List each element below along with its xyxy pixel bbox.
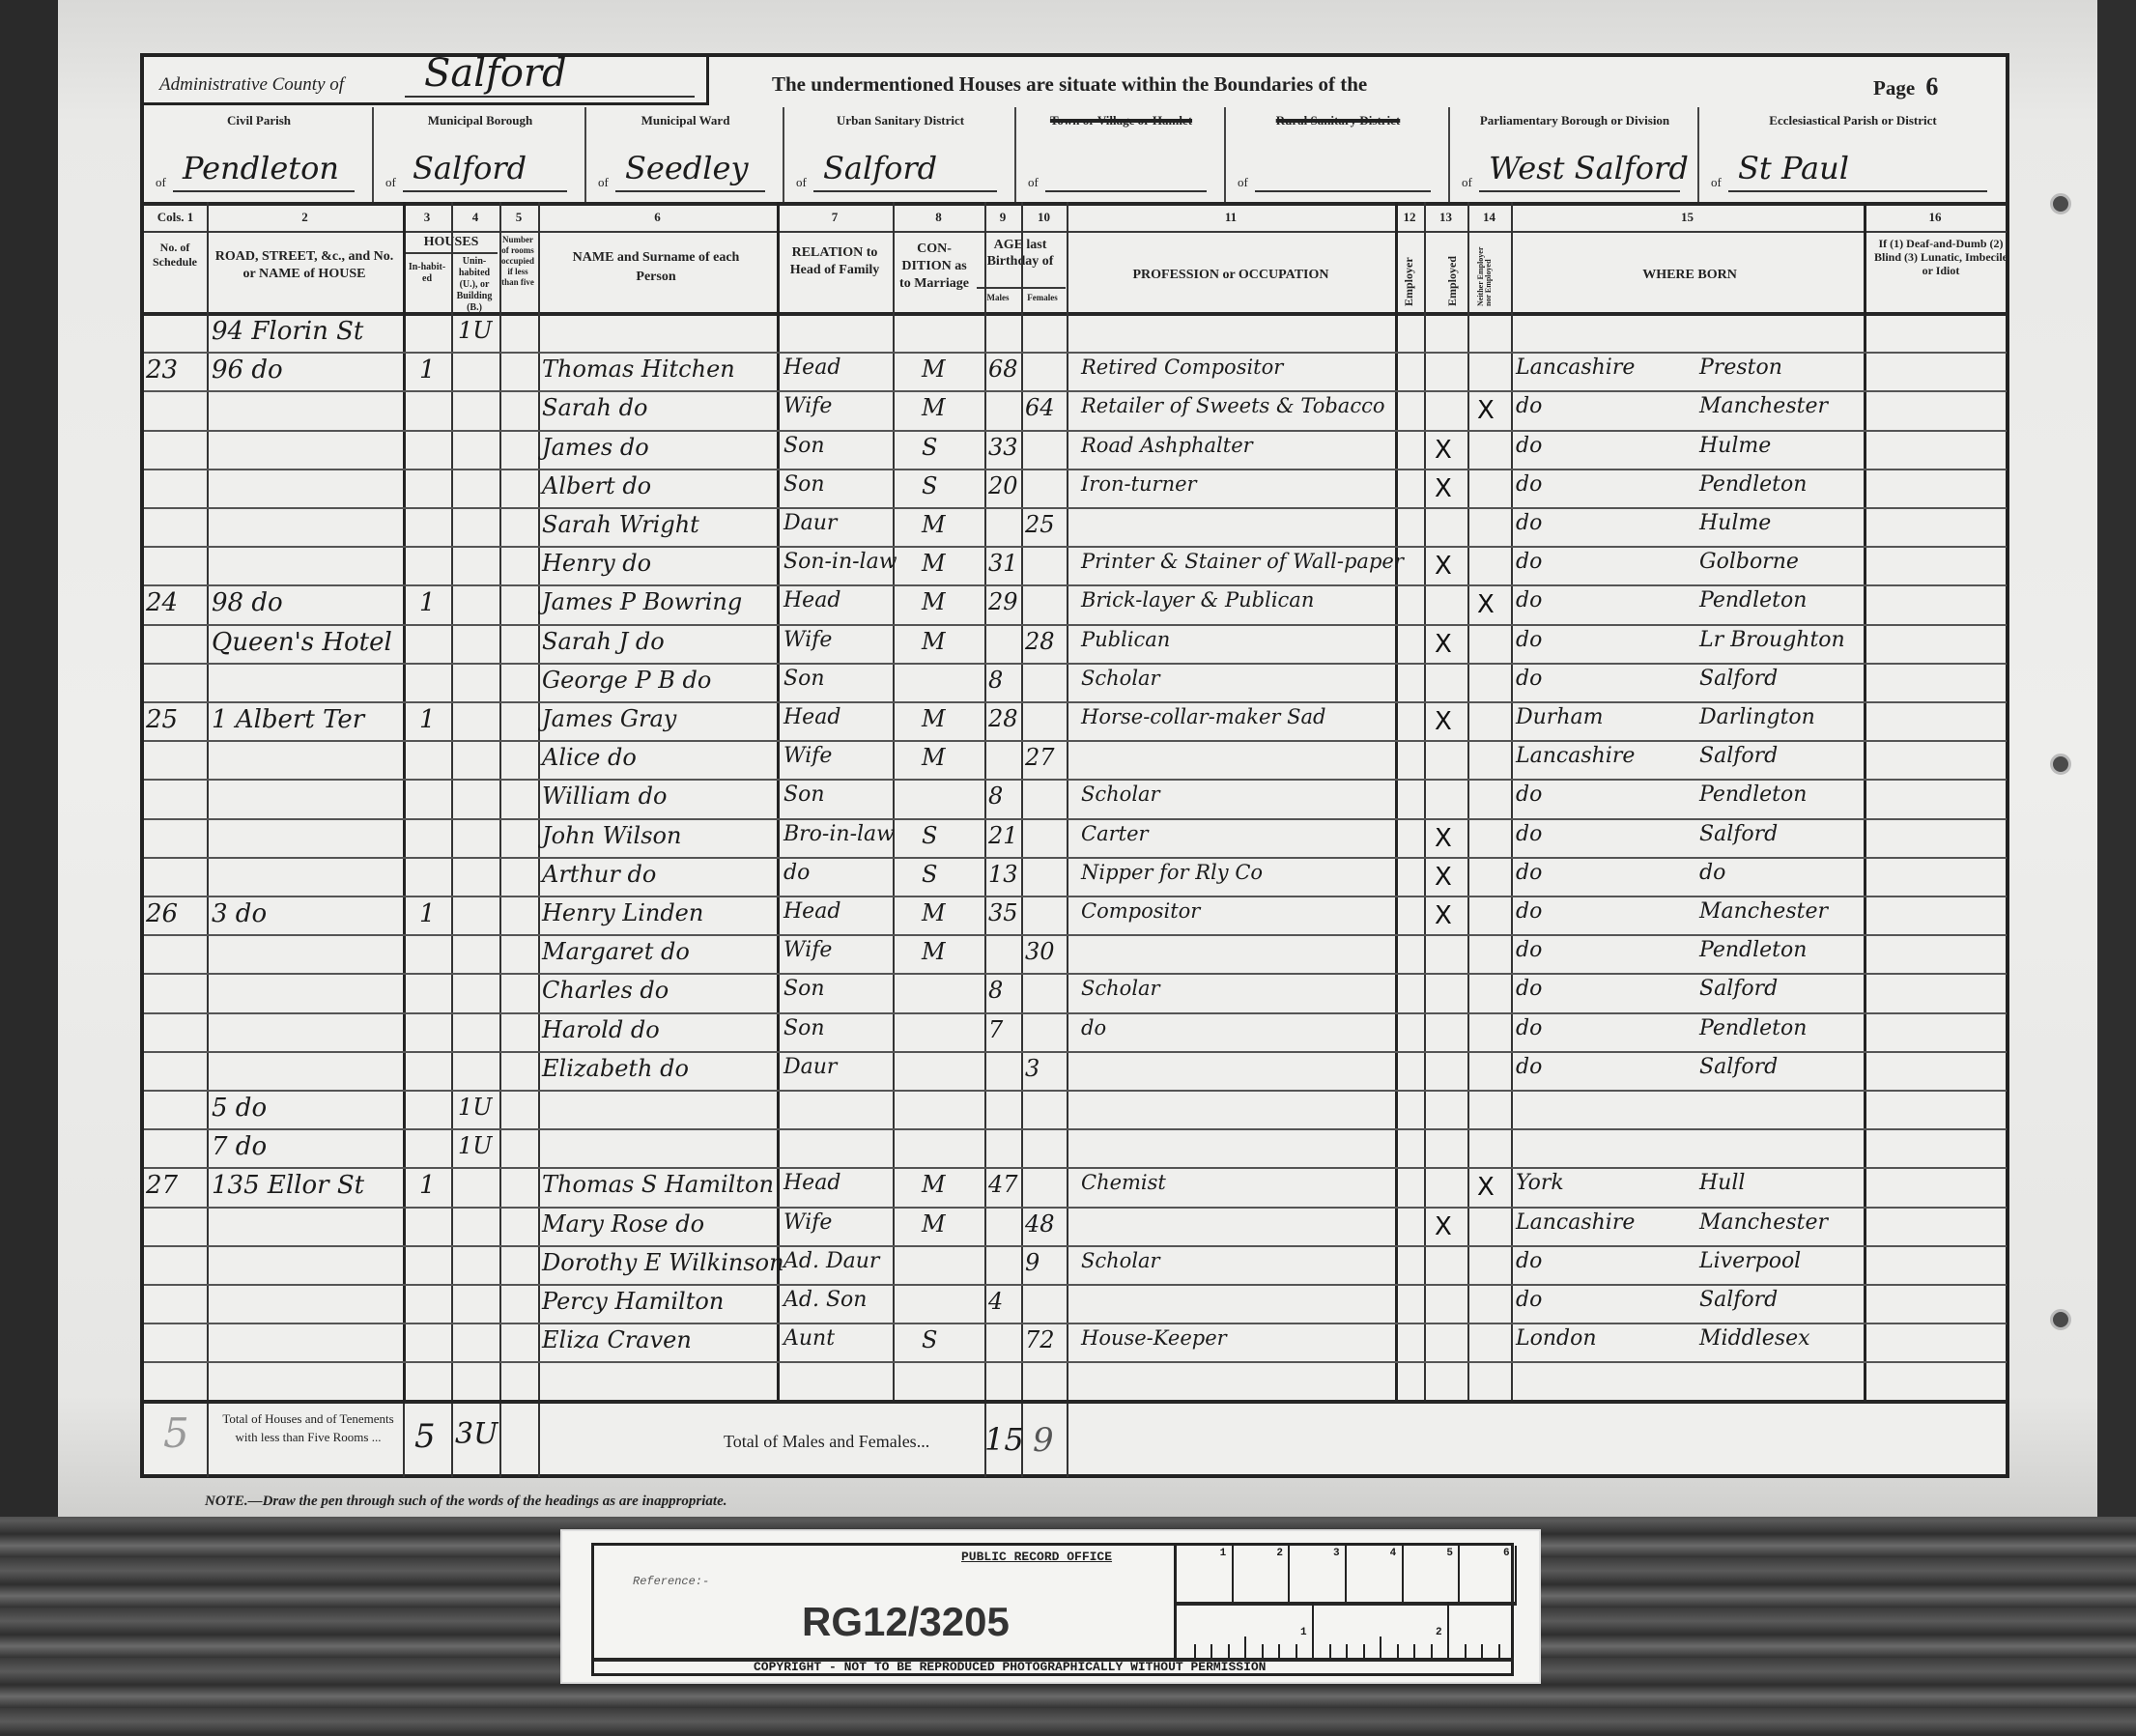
cell-condition: M xyxy=(922,899,946,926)
cell-born-place: Pendleton xyxy=(1699,1016,1807,1040)
cell-born-place: Hulme xyxy=(1699,511,1771,535)
district-label: Ecclesiastical Parish or District xyxy=(1703,113,2003,128)
cell-name: Henry Linden xyxy=(542,899,703,926)
cell-born-county: do xyxy=(1516,667,1542,691)
header-neither: Neither Employer nor Employed xyxy=(1477,244,1502,306)
table-row: 7 do1U xyxy=(144,1130,2007,1169)
cell-born-place: Manchester xyxy=(1699,394,1828,418)
cell-condition: M xyxy=(922,705,946,732)
cell-born-county: do xyxy=(1516,861,1542,885)
table-row: William doSon8ScholardoPendleton xyxy=(144,781,2007,819)
cell-relation: Head xyxy=(783,356,840,380)
cell-male-age: 7 xyxy=(988,1016,1003,1043)
cell-employed: X xyxy=(1435,1212,1452,1241)
column-number: 9 xyxy=(984,210,1021,225)
district-value xyxy=(1255,150,1431,192)
cell-relation: Bro-in-law xyxy=(783,822,895,846)
cell-name: Albert do xyxy=(542,472,651,499)
cell-female-age: 3 xyxy=(1025,1055,1040,1082)
district-value: Seedley xyxy=(615,150,765,192)
cell-name: Margaret do xyxy=(542,938,690,965)
cell-born-county: do xyxy=(1516,472,1542,497)
cell-relation: Daur xyxy=(783,1055,837,1079)
district-urban-sanitary-district: Urban Sanitary DistrictofSalford xyxy=(784,107,1016,202)
table-row: Elizabeth doDaur3doSalford xyxy=(144,1053,2007,1092)
header-males: Males xyxy=(977,293,1019,302)
copyright-notice: COPYRIGHT - NOT TO BE REPRODUCED PHOTOGR… xyxy=(754,1660,1267,1674)
cell-name: John Wilson xyxy=(542,822,681,849)
cell-relation: Aunt xyxy=(783,1326,835,1351)
cell-condition: M xyxy=(922,511,946,538)
cell-relation: Head xyxy=(783,588,840,612)
cell-born-place: Preston xyxy=(1699,356,1782,380)
cell-born-place: do xyxy=(1699,861,1725,885)
district-civil-parish: Civil ParishofPendleton xyxy=(144,107,374,202)
cell-schedule: 27 xyxy=(146,1171,178,1200)
district-ecclesiastical-parish-or-district: Ecclesiastical Parish or DistrictofSt Pa… xyxy=(1699,107,2007,202)
table-row: 263 do1Henry LindenHeadM35CompositorXdoM… xyxy=(144,897,2007,936)
cell-born-county: do xyxy=(1516,511,1542,535)
column-number: 8 xyxy=(893,210,984,225)
district-value: Salford xyxy=(403,150,567,192)
cell-female-age: 64 xyxy=(1025,394,1055,421)
ruler-label: 6 xyxy=(1503,1548,1510,1559)
cell-born-county: do xyxy=(1516,588,1542,612)
cell-male-age: 8 xyxy=(988,783,1003,810)
census-form: Administrative County of Salford The und… xyxy=(140,53,2009,1478)
district-value xyxy=(1045,150,1207,192)
cell-name: Percy Hamilton xyxy=(542,1288,724,1315)
district-parliamentary-borough-or-division: Parliamentary Borough or DivisionofWest … xyxy=(1450,107,1699,202)
cell-schedule: 25 xyxy=(146,705,178,734)
cell-born-place: Manchester xyxy=(1699,899,1828,924)
scan-background-right xyxy=(2097,0,2136,1517)
cell-name: Harold do xyxy=(542,1016,660,1043)
header-schedule: No. of Schedule xyxy=(144,241,206,270)
cell-address: 135 Ellor St xyxy=(212,1171,364,1200)
cell-relation: Daur xyxy=(783,511,837,535)
table-row: Percy HamiltonAd. Son4doSalford xyxy=(144,1286,2007,1324)
cell-relation: Ad. Son xyxy=(783,1288,867,1312)
table-row: 2498 do1James P BowringHeadM29Brick-laye… xyxy=(144,586,2007,625)
cell-condition: M xyxy=(922,744,946,771)
cell-born-county: do xyxy=(1516,938,1542,962)
cell-born-county: do xyxy=(1516,394,1542,418)
footnote: NOTE.—Draw the pen through such of the w… xyxy=(205,1494,727,1510)
cell-relation: Head xyxy=(783,705,840,729)
cell-born-place: Salford xyxy=(1699,977,1778,1001)
cell-relation: do xyxy=(783,861,810,885)
cell-male-age: 31 xyxy=(988,550,1018,577)
table-row: 251 Albert Ter1James GrayHeadM28Horse-co… xyxy=(144,703,2007,742)
header-where-born: WHERE BORN xyxy=(1516,268,1864,283)
table-row: Albert doSonS20Iron-turnerXdoPendleton xyxy=(144,470,2007,509)
cell-relation: Head xyxy=(783,1171,840,1195)
cell-name: Alice do xyxy=(542,744,637,771)
cell-name: William do xyxy=(542,783,667,810)
column-number: 5 xyxy=(499,210,538,225)
cell-uninhabited: 1U xyxy=(458,317,493,344)
district-municipal-borough: Municipal BoroughofSalford xyxy=(374,107,586,202)
cell-born-county: Durham xyxy=(1516,705,1603,729)
cell-born-county: do xyxy=(1516,1288,1542,1312)
ruler-label: 1 xyxy=(1300,1627,1307,1638)
cell-address: 7 do xyxy=(212,1132,267,1161)
totals-schedule-count: 5 xyxy=(163,1409,189,1457)
of-prefix: of xyxy=(1238,175,1248,190)
totals-persons-label: Total of Males and Females... xyxy=(724,1432,929,1452)
table-row: Alice doWifeM27LancashireSalford xyxy=(144,742,2007,781)
district-town-or-village-or-hamlet: Town or Village or Hamletof xyxy=(1016,107,1226,202)
cell-employed: X xyxy=(1435,863,1452,892)
cell-occupation: Scholar xyxy=(1081,1249,1160,1272)
cell-condition: M xyxy=(922,1171,946,1198)
cell-occupation: Retailer of Sweets & Tobacco xyxy=(1081,394,1385,417)
table-row: Arthur dodoS13Nipper for Rly CoXdodo xyxy=(144,859,2007,897)
cell-name: Sarah Wright xyxy=(542,511,699,538)
cell-male-age: 8 xyxy=(988,667,1003,694)
ruler-label: 5 xyxy=(1446,1548,1453,1559)
cell-employed: X xyxy=(1435,707,1452,736)
district-value: Pendleton xyxy=(173,150,355,192)
table-row: Harold doSon7dodoPendleton xyxy=(144,1014,2007,1053)
cell-male-age: 20 xyxy=(988,472,1018,499)
of-prefix: of xyxy=(156,175,166,190)
cell-relation: Head xyxy=(783,899,840,924)
of-prefix: of xyxy=(796,175,807,190)
header-employer: Employer xyxy=(1403,244,1414,306)
cell-condition: M xyxy=(922,588,946,615)
cell-born-place: Darlington xyxy=(1699,705,1815,729)
cell-relation: Son xyxy=(783,667,825,691)
header-name: NAME and Surname of each Person xyxy=(559,248,753,287)
column-number: 16 xyxy=(1864,210,2007,225)
cell-name: Dorothy E Wilkinson xyxy=(542,1249,784,1276)
header-relation: RELATION to Head of Family xyxy=(782,244,888,279)
cell-born-county: York xyxy=(1516,1171,1564,1195)
cell-name: Thomas S Hamilton xyxy=(542,1171,774,1198)
cell-male-age: 13 xyxy=(988,861,1018,888)
cell-male-age: 28 xyxy=(988,705,1018,732)
of-prefix: of xyxy=(1711,175,1722,190)
cell-born-place: Salford xyxy=(1699,667,1778,691)
cell-relation: Wife xyxy=(783,744,832,768)
cell-address: 98 do xyxy=(212,588,283,617)
cell-male-age: 29 xyxy=(988,588,1018,615)
of-prefix: of xyxy=(1028,175,1039,190)
cell-male-age: 33 xyxy=(988,434,1018,461)
cell-condition: M xyxy=(922,1210,946,1238)
cell-occupation: Brick-layer & Publican xyxy=(1081,588,1314,612)
of-prefix: of xyxy=(1462,175,1472,190)
cell-name: Thomas Hitchen xyxy=(542,356,735,383)
admin-county-box: Administrative County of Salford xyxy=(144,57,709,105)
cell-relation: Son xyxy=(783,434,825,458)
table-row: George P B doSon8ScholardoSalford xyxy=(144,665,2007,703)
cell-employed: X xyxy=(1435,552,1452,581)
cell-born-county: do xyxy=(1516,434,1542,458)
page-label: Page 6 xyxy=(1873,72,1938,101)
header-uninhabited: Unin-habited (U.), or Building (B.) xyxy=(451,256,498,314)
cell-neither: X xyxy=(1477,590,1495,619)
cell-condition: S xyxy=(922,822,937,849)
totals-inhabited: 5 xyxy=(414,1417,436,1456)
column-number: 13 xyxy=(1424,210,1467,225)
cell-condition: M xyxy=(922,356,946,383)
cell-male-age: 68 xyxy=(988,356,1018,383)
reference-number: RG12/3205 xyxy=(802,1599,1010,1645)
cell-condition: S xyxy=(922,472,937,499)
cell-born-place: Manchester xyxy=(1699,1210,1828,1235)
district-municipal-ward: Municipal WardofSeedley xyxy=(586,107,784,202)
cell-schedule: 24 xyxy=(146,588,178,617)
cell-address: 5 do xyxy=(212,1094,267,1123)
cell-inhabited: 1 xyxy=(419,1171,436,1200)
header-females: Females xyxy=(1021,293,1064,302)
cell-occupation: Scholar xyxy=(1081,977,1160,1000)
cell-born-county: Lancashire xyxy=(1516,356,1635,380)
cell-born-county: do xyxy=(1516,977,1542,1001)
cell-address: 94 Florin St xyxy=(212,317,363,346)
cell-born-place: Middlesex xyxy=(1699,1326,1810,1351)
district-label: Municipal Ward xyxy=(590,113,781,128)
cell-inhabited: 1 xyxy=(419,705,436,734)
column-number: 4 xyxy=(451,210,499,225)
cell-born-place: Pendleton xyxy=(1699,472,1807,497)
header-occupation: PROFESSION or OCCUPATION xyxy=(1071,268,1390,283)
cell-born-county: do xyxy=(1516,550,1542,574)
cell-condition: S xyxy=(922,434,937,461)
ruler-label: 2 xyxy=(1436,1627,1442,1638)
cell-inhabited: 1 xyxy=(419,356,436,384)
cell-name: Henry do xyxy=(542,550,651,577)
cell-born-place: Hull xyxy=(1699,1171,1745,1195)
cell-relation: Son xyxy=(783,977,825,1001)
cell-female-age: 72 xyxy=(1025,1326,1055,1353)
header-rooms: Number of rooms occupied if less than fi… xyxy=(499,235,536,288)
cell-address: Queen's Hotel xyxy=(212,628,392,657)
of-prefix: of xyxy=(385,175,396,190)
cell-relation: Wife xyxy=(783,1210,832,1235)
table-row: Margaret doWifeM30doPendleton xyxy=(144,936,2007,975)
form-title: The undermentioned Houses are situate wi… xyxy=(772,72,1367,97)
header-age: AGE last Birthday of xyxy=(977,237,1064,270)
cell-female-age: 25 xyxy=(1025,511,1055,538)
cell-occupation: do xyxy=(1081,1016,1106,1039)
cell-condition: M xyxy=(922,938,946,965)
cell-male-age: 47 xyxy=(988,1171,1018,1198)
cell-born-county: do xyxy=(1516,1055,1542,1079)
cell-born-county: London xyxy=(1516,1326,1597,1351)
district-label: Municipal Borough xyxy=(378,113,583,128)
header-condition: CON-DITION as to Marriage xyxy=(896,241,973,293)
column-number: 11 xyxy=(1067,210,1395,225)
cell-schedule: 23 xyxy=(146,356,178,384)
cell-female-age: 28 xyxy=(1025,628,1055,655)
cell-neither: X xyxy=(1477,396,1495,425)
cell-uninhabited: 1U xyxy=(458,1132,493,1159)
cell-relation: Son xyxy=(783,783,825,807)
cell-name: James Gray xyxy=(542,705,676,732)
column-number: 6 xyxy=(538,210,777,225)
table-row xyxy=(144,1363,2007,1402)
cell-born-county: do xyxy=(1516,822,1542,846)
cell-relation: Wife xyxy=(783,938,832,962)
cell-male-age: 8 xyxy=(988,977,1003,1004)
cell-relation: Wife xyxy=(783,394,832,418)
district-value: St Paul xyxy=(1728,150,1987,192)
cell-employed: X xyxy=(1435,901,1452,930)
district-label: Rural Sanitary District xyxy=(1230,113,1446,128)
column-number: Cols. 1 xyxy=(144,210,207,225)
ruler-label: 1 xyxy=(1220,1548,1227,1559)
totals-uninhabited: 3U xyxy=(455,1417,498,1451)
ruler-label: 4 xyxy=(1390,1548,1397,1559)
cell-name: Eliza Craven xyxy=(542,1326,692,1353)
cell-condition: M xyxy=(922,628,946,655)
of-prefix: of xyxy=(598,175,609,190)
cell-born-place: Pendleton xyxy=(1699,588,1807,612)
cell-inhabited: 1 xyxy=(419,899,436,928)
table-row: Eliza CravenAuntS72House-KeeperLondonMid… xyxy=(144,1324,2007,1363)
cell-born-county: do xyxy=(1516,628,1542,652)
cell-born-county: Lancashire xyxy=(1516,744,1635,768)
cell-female-age: 9 xyxy=(1025,1249,1040,1276)
cell-condition: S xyxy=(922,861,937,888)
cell-relation: Wife xyxy=(783,628,832,652)
admin-county-label: Administrative County of xyxy=(159,74,344,96)
cell-name: Elizabeth do xyxy=(542,1055,689,1082)
cell-male-age: 4 xyxy=(988,1288,1003,1315)
cell-uninhabited: 1U xyxy=(458,1094,493,1121)
cell-occupation: Carter xyxy=(1081,822,1149,845)
district-label: Parliamentary Borough or Division xyxy=(1454,113,1695,128)
district-label: Town or Village or Hamlet xyxy=(1020,113,1222,128)
cell-occupation: Chemist xyxy=(1081,1171,1166,1194)
district-value: West Salford xyxy=(1479,150,1680,192)
scan-background-left xyxy=(0,0,58,1517)
cell-born-place: Salford xyxy=(1699,1055,1778,1079)
cell-occupation: Printer & Stainer of Wall-paper xyxy=(1081,550,1404,573)
cell-name: Charles do xyxy=(542,977,669,1004)
cell-condition: M xyxy=(922,550,946,577)
cell-occupation: Scholar xyxy=(1081,667,1160,690)
column-number: 7 xyxy=(777,210,893,225)
totals-females: 9 xyxy=(1033,1421,1054,1460)
table-row: Mary Rose doWifeM48XLancashireManchester xyxy=(144,1209,2007,1247)
table-row: 2396 do1Thomas HitchenHeadM68Retired Com… xyxy=(144,354,2007,392)
column-number: 15 xyxy=(1511,210,1864,225)
table-row: James doSonS33Road AshphalterXdoHulme xyxy=(144,432,2007,470)
header-address: ROAD, STREET, &c., and No. or NAME of HO… xyxy=(208,248,401,283)
cell-occupation: Compositor xyxy=(1081,899,1200,923)
cell-born-county: do xyxy=(1516,899,1542,924)
table-row: Sarah doWifeM64Retailer of Sweets & Toba… xyxy=(144,392,2007,431)
page-number: 6 xyxy=(1925,72,1938,100)
cell-occupation: Road Ashphalter xyxy=(1081,434,1253,457)
cell-name: Arthur do xyxy=(542,861,656,888)
cell-born-place: Golborne xyxy=(1699,550,1799,574)
header-employed: Employed xyxy=(1446,244,1458,306)
punch-hole-icon xyxy=(2050,754,2071,775)
cell-name: Mary Rose do xyxy=(542,1210,704,1238)
cell-name: Sarah do xyxy=(542,394,647,421)
cell-employed: X xyxy=(1435,630,1452,659)
cell-relation: Son xyxy=(783,472,825,497)
cell-name: James P Bowring xyxy=(542,588,742,615)
cell-female-age: 30 xyxy=(1025,938,1055,965)
cell-born-county: do xyxy=(1516,1016,1542,1040)
cell-condition: M xyxy=(922,394,946,421)
cell-born-county: Lancashire xyxy=(1516,1210,1635,1235)
reference-label: Reference:- xyxy=(633,1575,709,1588)
cell-born-place: Salford xyxy=(1699,822,1778,846)
cell-employed: X xyxy=(1435,824,1452,853)
cell-employed: X xyxy=(1435,436,1452,465)
cell-name: Sarah J do xyxy=(542,628,665,655)
cell-born-place: Pendleton xyxy=(1699,938,1807,962)
cell-born-place: Liverpool xyxy=(1699,1249,1801,1273)
page-label-text: Page xyxy=(1873,76,1915,100)
cell-born-place: Hulme xyxy=(1699,434,1771,458)
header-infirmity: If (1) Deaf-and-Dumb (2) Blind (3) Lunat… xyxy=(1873,237,2008,277)
totals-houses-label: Total of Houses and of Tenements with le… xyxy=(216,1409,400,1446)
cell-employed: X xyxy=(1435,474,1452,503)
scale-ruler: 12345612 xyxy=(1174,1546,1514,1660)
table-row: John WilsonBro-in-lawS21CarterXdoSalford xyxy=(144,820,2007,859)
column-number: 3 xyxy=(403,210,451,225)
cell-born-place: Salford xyxy=(1699,1288,1778,1312)
column-number: 10 xyxy=(1021,210,1067,225)
column-number: 14 xyxy=(1467,210,1511,225)
archive-reference-label: PUBLIC RECORD OFFICE Reference:- RG12/32… xyxy=(560,1529,1541,1684)
table-row: Charles doSon8ScholardoSalford xyxy=(144,975,2007,1013)
cell-relation: Son-in-law xyxy=(783,550,897,574)
punch-hole-icon xyxy=(2050,1309,2071,1330)
cell-address: 96 do xyxy=(212,356,283,384)
cell-occupation: Retired Compositor xyxy=(1081,356,1283,379)
table-row: Sarah WrightDaurM25doHulme xyxy=(144,509,2007,548)
cell-relation: Ad. Daur xyxy=(783,1249,879,1273)
cell-male-age: 35 xyxy=(988,899,1018,926)
ruler-label: 3 xyxy=(1333,1548,1340,1559)
cell-male-age: 21 xyxy=(988,822,1018,849)
cell-born-place: Salford xyxy=(1699,744,1778,768)
cell-name: James do xyxy=(542,434,649,461)
cell-born-place: Lr Broughton xyxy=(1699,628,1845,652)
cell-female-age: 48 xyxy=(1025,1210,1055,1238)
record-office-name: PUBLIC RECORD OFFICE xyxy=(961,1550,1112,1564)
cell-condition: S xyxy=(922,1326,937,1353)
table-row: 5 do1U xyxy=(144,1092,2007,1130)
cell-female-age: 27 xyxy=(1025,744,1055,771)
cell-occupation: Publican xyxy=(1081,628,1170,651)
admin-county-value: Salford xyxy=(405,51,695,98)
cell-inhabited: 1 xyxy=(419,588,436,617)
cell-occupation: Scholar xyxy=(1081,783,1160,806)
cell-neither: X xyxy=(1477,1173,1495,1202)
district-value: Salford xyxy=(813,150,997,192)
cell-occupation: Iron-turner xyxy=(1081,472,1197,496)
column-number: 12 xyxy=(1395,210,1424,225)
cell-born-county: do xyxy=(1516,783,1542,807)
punch-hole-icon xyxy=(2050,193,2071,214)
cell-born-county: do xyxy=(1516,1249,1542,1273)
table-row: 27135 Ellor St1Thomas S HamiltonHeadM47C… xyxy=(144,1169,2007,1208)
cell-occupation: House-Keeper xyxy=(1081,1326,1227,1350)
district-rural-sanitary-district: Rural Sanitary Districtof xyxy=(1226,107,1450,202)
table-row: Dorothy E WilkinsonAd. Daur9ScholardoLiv… xyxy=(144,1247,2007,1286)
